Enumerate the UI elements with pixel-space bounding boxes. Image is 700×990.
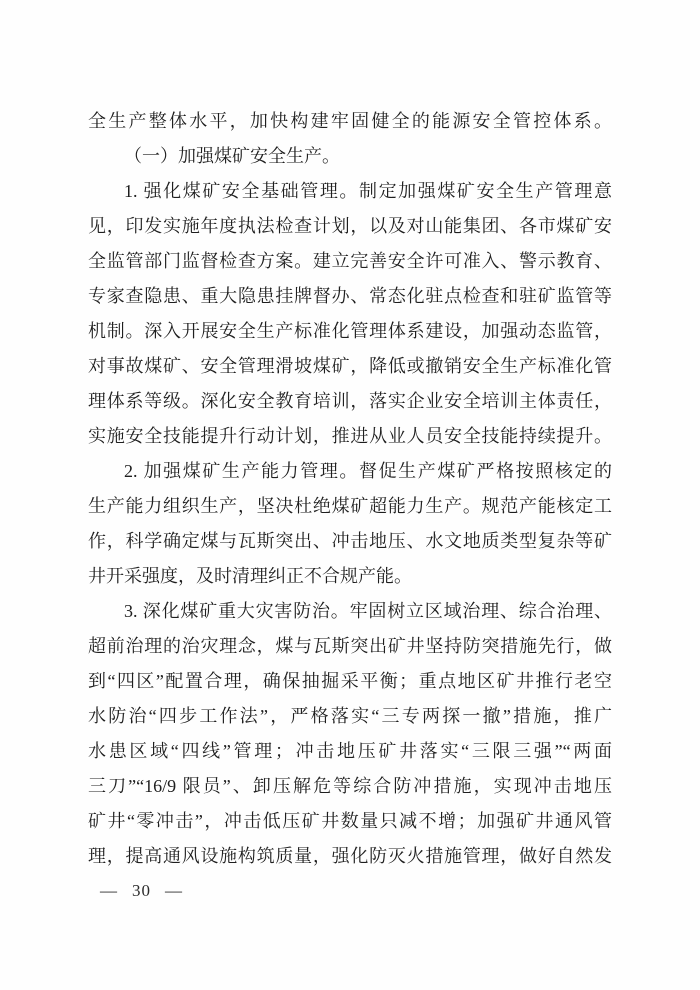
text-line: 到“四区”配置合理，确保抽掘采平衡；重点地区矿井推行老空 (88, 664, 612, 699)
text-line: 水防治“四步工作法”，严格落实“三专两探一撤”措施，推广 (88, 699, 612, 734)
paragraph: 3. 深化煤矿重大灾害防治。牢固树立区域治理、综合治理、超前治理的治灾理念，煤与… (88, 594, 612, 874)
text-line: 3. 深化煤矿重大灾害防治。牢固树立区域治理、综合治理、 (88, 594, 612, 629)
text-line: 1. 强化煤矿安全基础管理。制定加强煤矿安全生产管理意 (88, 174, 612, 209)
text-line: 机制。深入开展安全生产标准化管理体系建设，加强动态监管， (88, 314, 612, 349)
text-line: （一）加强煤矿安全生产。 (88, 139, 612, 174)
page-number: 30 (132, 881, 151, 900)
paragraph: 全生产整体水平，加快构建牢固健全的能源安全管控体系。 (88, 104, 612, 139)
text-line: 见，印发实施年度执法检查计划，以及对山能集团、各市煤矿安 (88, 209, 612, 244)
text-line: 全监管部门监督检查方案。建立完善安全许可准入、警示教育、 (88, 244, 612, 279)
paragraph: 1. 强化煤矿安全基础管理。制定加强煤矿安全生产管理意见，印发实施年度执法检查计… (88, 174, 612, 454)
footer-dash-left: — (100, 881, 118, 900)
text-line: 作，科学确定煤与瓦斯突出、冲击地压、水文地质类型复杂等矿 (88, 524, 612, 559)
section-heading: （一）加强煤矿安全生产。 (88, 139, 612, 174)
text-line: 井开采强度，及时清理纠正不合规产能。 (88, 559, 612, 594)
text-line: 矿井“零冲击”，冲击低压矿井数量只减不增；加强矿井通风管 (88, 804, 612, 839)
footer-dash-right: — (165, 881, 183, 900)
document-page: 全生产整体水平，加快构建牢固健全的能源安全管控体系。（一）加强煤矿安全生产。1.… (0, 0, 700, 990)
text-line: 理体系等级。深化安全教育培训，落实企业安全培训主体责任， (88, 384, 612, 419)
text-line: 理，提高通风设施构筑质量，强化防灭火措施管理，做好自然发 (88, 839, 612, 874)
text-line: 生产能力组织生产，坚决杜绝煤矿超能力生产。规范产能核定工 (88, 489, 612, 524)
text-line: 三刀”“16/9 限员”、卸压解危等综合防冲措施，实现冲击地压 (88, 769, 612, 804)
text-line: 全生产整体水平，加快构建牢固健全的能源安全管控体系。 (88, 104, 612, 139)
text-line: 2. 加强煤矿生产能力管理。督促生产煤矿严格按照核定的 (88, 454, 612, 489)
text-line: 超前治理的治灾理念，煤与瓦斯突出矿井坚持防突措施先行，做 (88, 629, 612, 664)
text-line: 对事故煤矿、安全管理滑坡煤矿，降低或撤销安全生产标准化管 (88, 349, 612, 384)
page-footer: —30— (100, 881, 183, 901)
paragraph: 2. 加强煤矿生产能力管理。督促生产煤矿严格按照核定的生产能力组织生产，坚决杜绝… (88, 454, 612, 594)
text-line: 实施安全技能提升行动计划，推进从业人员安全技能持续提升。 (88, 419, 612, 454)
text-line: 专家查隐患、重大隐患挂牌督办、常态化驻点检查和驻矿监管等 (88, 279, 612, 314)
document-body: 全生产整体水平，加快构建牢固健全的能源安全管控体系。（一）加强煤矿安全生产。1.… (88, 104, 612, 874)
text-line: 水患区域“四线”管理；冲击地压矿井落实“三限三强”“两面 (88, 734, 612, 769)
